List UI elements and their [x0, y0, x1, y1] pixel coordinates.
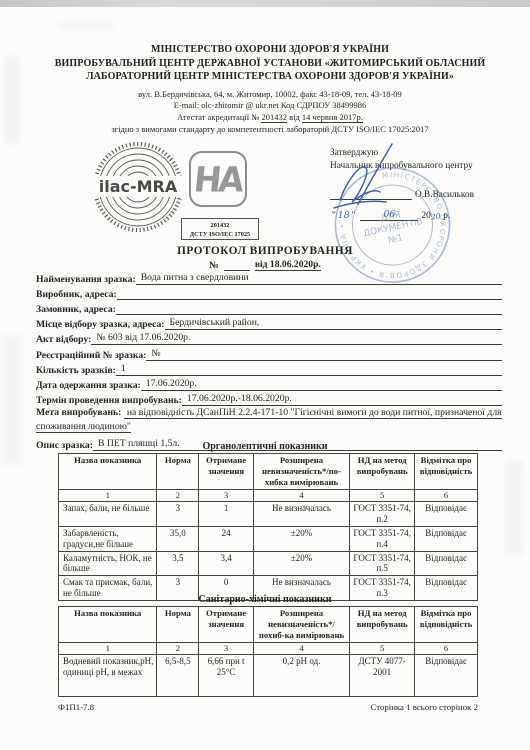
cell-method: ГОСТ 3351-74, п.4 [350, 526, 415, 551]
field-label: Акт відбору: [36, 334, 91, 345]
col-num: 6 [415, 489, 478, 501]
col-header: Відмітка про відповідність [415, 454, 478, 490]
email-line: E-mail: olc-zhitomir @ ukr.net Код СДРПО… [35, 100, 505, 112]
column-number-row: 1 2 3 4 5 6 [59, 642, 478, 654]
col-header: Назва показника [59, 607, 157, 643]
field-sample-count: Кількість зразків: 1 [36, 361, 502, 376]
col-num: 1 [59, 489, 157, 501]
center-name-line2: ЛАБОРАТОРНИЙ ЦЕНТР МІНІСТЕРСТВА ОХОРОНИ … [35, 70, 505, 84]
ilac-mra-label: ilac-MRA [99, 177, 178, 196]
cell-result: 6,66 при t 25°С [199, 654, 253, 696]
col-num: 2 [157, 489, 199, 501]
cell-conformity: Відповідає [415, 526, 478, 551]
cert-standard: ДСТУ ISO/IEC 17025 [182, 230, 258, 239]
field-label: Мета випробувань: [36, 407, 121, 418]
field-label: Дата одержання зразка: [36, 380, 141, 391]
col-num: 5 [350, 489, 415, 501]
cert-number: 201432 [182, 221, 258, 230]
cell-indicator: Запах, бали, не більше [59, 501, 157, 526]
field-value: Бердичівський район, [165, 316, 502, 330]
table-row: Запах, бали, не більше 3 1 Не визначалас… [59, 501, 478, 526]
field-sample-name: Найменування зразка: Вода питна з свердл… [36, 270, 502, 285]
cell-norm: 6,5-8,5 [157, 654, 199, 696]
field-label: Реєстраційний № зразка: [36, 350, 146, 361]
page-number: Сторінка 1 всього сторінок 2 [370, 702, 478, 712]
page-footer: Ф1П1-7.8 Сторінка 1 всього сторінок 2 [58, 702, 478, 712]
cell-result: 1 [199, 501, 253, 526]
naau-logo-icon: НА [189, 151, 247, 207]
field-value: № [146, 347, 502, 361]
ministry-line: МІНІСТЕРСТВО ОХОРОНИ ЗДОРОВ'Я УКРАЇНИ [35, 43, 505, 57]
chemical-table-title: Санітарно-хімічні показники [0, 594, 530, 605]
cell-method: ГОСТ 3351-74, п.5 [350, 551, 415, 576]
standard-line: згідно з вимогами стандарту до компетент… [35, 124, 505, 136]
form-code: Ф1П1-7.8 [58, 702, 94, 712]
cell-uncertainty: ±20% [253, 551, 349, 576]
ilac-mra-logo-icon: ilac-MRA [86, 141, 192, 238]
col-num: 2 [157, 642, 199, 654]
field-test-period: Термін проведення випробувань: 17.06.202… [36, 391, 502, 406]
col-num: 3 [199, 642, 253, 654]
field-value: 17.06.2020р. [141, 377, 502, 391]
accreditation-cert-box: 201432 ДСТУ ISO/IEC 17025 [181, 218, 259, 240]
field-value [117, 299, 502, 300]
cell-indicator: Каламутність, НОК, не більше [59, 551, 157, 576]
naau-letters: НА [192, 159, 243, 200]
cell-conformity: Відповідає [415, 654, 478, 696]
protocol-title-block: ПРОТОКОЛ ВИПРОБУВАННЯ № від 18.06.2020р. [0, 245, 530, 271]
col-header: Розширена невизначеність*/по-хибка вимір… [253, 454, 349, 490]
field-label: Замовник, адреса: [36, 304, 116, 315]
field-value: 17.06.2020р.-18.06.2020р. [182, 392, 502, 406]
scan-edge-band [0, 0, 530, 7]
cell-conformity: Відповідає [415, 501, 478, 526]
scan-artifact [4, 55, 20, 145]
col-num: 3 [199, 489, 253, 501]
field-label: Кількість зразків: [36, 365, 116, 376]
table-row: Забарвленість, градуси,не більше 35,0 24… [59, 526, 478, 551]
field-value: Вода питна з свердловини [136, 271, 502, 285]
field-label: Місце відбору зразка, адреса: [36, 319, 165, 330]
field-label: Термін проведення випробувань: [36, 395, 182, 406]
col-num: 6 [415, 642, 478, 654]
table-header-row: Назва показника Норма Отримане значення … [59, 454, 478, 490]
cell-norm: 3 [157, 501, 199, 526]
col-num: 1 [59, 642, 157, 654]
address-line: вул. В.Бердичівська, 64, м. Житомир, 100… [35, 89, 505, 101]
cell-method: ДСТУ 4077-2001 [350, 654, 415, 696]
col-header: Отримане значення [199, 454, 253, 490]
field-value: 1 [116, 362, 502, 376]
field-label: Найменування зразка: [36, 274, 136, 285]
table-row: Каламутність, НОК, не більше 3,5 3,4 ±20… [59, 551, 478, 576]
scan-artifact [60, 22, 115, 29]
cell-uncertainty: ±20% [253, 526, 349, 551]
scan-artifact [505, 460, 523, 555]
field-receive-date: Дата одержання зразка: 17.06.2020р. [36, 376, 502, 391]
cell-conformity: Відповідає [415, 551, 478, 576]
accreditation-vid: від [289, 112, 300, 122]
cell-result: 3,4 [199, 551, 253, 576]
table-header-row: Назва показника Норма Отримане значення … [59, 607, 478, 643]
col-header: Норма [157, 454, 199, 490]
field-value [116, 314, 502, 315]
cell-indicator: Водневий показник,pH, одиниці рН, в межа… [59, 654, 157, 696]
scanned-protocol-page: МІНІСТЕРСТВО ОХОРОНИ ЗДОРОВ'Я УКРАЇНИ ВИ… [0, 0, 530, 750]
cell-uncertainty: 0,2 рН од. [253, 654, 349, 696]
accreditation-label: Атестат акредитації № [177, 112, 259, 122]
center-name-line1: ВИПРОБУВАЛЬНИЙ ЦЕНТР ДЕРЖАВНОЇ УСТАНОВИ … [35, 57, 505, 71]
sample-info-fields: Найменування зразка: Вода питна з свердл… [36, 270, 502, 451]
table-row: Водневий показник,pH, одиниці рН, в межа… [59, 654, 478, 696]
col-header: Назва показника [59, 454, 157, 490]
signature-scribble-icon [328, 138, 413, 223]
column-number-row: 1 2 3 4 5 6 [59, 489, 478, 501]
field-test-purpose: Мета випробувань: на відповідність ДСанП… [36, 406, 502, 435]
col-num: 5 [350, 642, 415, 654]
col-header: НД на метод випробувань [350, 607, 415, 643]
accreditation-date: 14 червня 2017р. [302, 112, 363, 123]
field-sampling-act: Акт відбору: № 603 від 17.06.2020р. [36, 330, 502, 345]
chemical-table: Назва показника Норма Отримане значення … [58, 606, 478, 697]
col-num: 4 [253, 489, 349, 501]
organoleptic-table-title: Органолептичні показники [0, 441, 530, 452]
cell-result: 24 [199, 526, 253, 551]
col-num: 4 [253, 642, 349, 654]
col-header: Відмітка про відповідність [415, 607, 478, 643]
field-label: Виробник, адреса: [36, 289, 117, 300]
cell-method: ГОСТ 3351-74, п.2 [350, 501, 415, 526]
col-header: Норма [157, 607, 199, 643]
field-customer: Замовник, адреса: [36, 300, 502, 315]
cell-norm: 3,5 [157, 551, 199, 576]
col-header: Розширена невизначеність*/похиб-ка вимір… [253, 607, 349, 643]
field-registration-number: Реєстраційний № зразка: № [36, 345, 502, 360]
field-producer: Виробник, адреса: [36, 285, 502, 300]
letterhead: МІНІСТЕРСТВО ОХОРОНИ ЗДОРОВ'Я УКРАЇНИ ВИ… [35, 43, 505, 136]
cell-uncertainty: Не визначалась [253, 501, 349, 526]
accreditation-line: Атестат акредитації № 201432 від 14 черв… [35, 112, 505, 124]
field-value: № 603 від 17.06.2020р. [91, 331, 502, 345]
col-header: НД на метод випробувань [350, 454, 415, 490]
col-header: Отримане значення [199, 607, 253, 643]
cell-indicator: Забарвленість, градуси,не більше [59, 526, 157, 551]
field-sampling-place: Місце відбору зразка, адреса: Бердичівсь… [36, 315, 502, 330]
protocol-title: ПРОТОКОЛ ВИПРОБУВАННЯ [0, 245, 530, 257]
accreditation-number: 201432 [261, 112, 287, 123]
cell-norm: 35,0 [157, 526, 199, 551]
organoleptic-table: Назва показника Норма Отримане значення … [58, 453, 478, 601]
